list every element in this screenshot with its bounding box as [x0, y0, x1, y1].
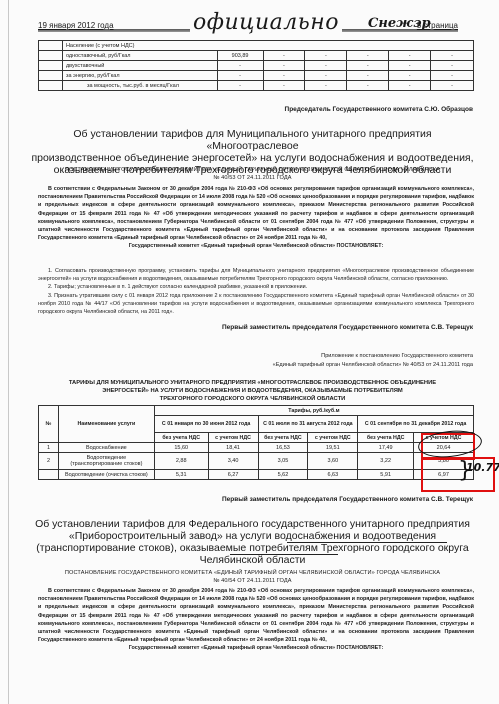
issue-date: 19 января 2012 года: [38, 21, 114, 30]
table-row: Водоотведение (очистка стоков) 5,31 6,27…: [39, 470, 474, 480]
appendix-table-title: ТАРИФЫ ДЛЯ МУНИЦИПАЛЬНОГО УНИТАРНОГО ПРЕ…: [30, 379, 475, 403]
article1-items: 1. Согласовать производственную программ…: [38, 267, 474, 316]
period-header: С 01 января по 30 июня 2012 года: [154, 416, 258, 433]
article2-resolves: Государственный комитет «Единый тарифный…: [38, 644, 474, 652]
pen-underline: [287, 542, 447, 543]
brace-icon: }: [458, 458, 472, 484]
table-row: 2 Водоотведение (транспортирование стоко…: [39, 453, 474, 470]
table-row: за энергию, руб/Гкал - - - - - -: [39, 71, 474, 81]
table-row: за мощность, тыс.руб. в месяц/Гкал - - -…: [39, 81, 474, 91]
masthead: 19 января 2012 года официально Снежэр 5 …: [38, 12, 458, 34]
section-title: официально: [190, 12, 342, 34]
table-row: 1 Водоснабжение 15,60 18,41 16,53 19,51 …: [39, 443, 474, 453]
appendix-note: Приложение к постановлению Государственн…: [273, 352, 473, 369]
row-label: за мощность, тыс.руб. в месяц/Гкал: [62, 81, 217, 91]
scan-edge: [8, 0, 9, 704]
row-label: одноставочный, руб/Гкал: [62, 51, 217, 61]
article2-subtitle: ПОСТАНОВЛЕНИЕ ГОСУДАРСТВЕННОГО КОМИТЕТА …: [30, 569, 475, 585]
signature-deputy: Первый заместитель председателя Государс…: [222, 324, 473, 331]
row-label: двухставочный: [62, 61, 217, 71]
row-label: Население (с учетом НДС): [62, 41, 473, 51]
heat-tariff-table: Население (с учетом НДС) одноставочный, …: [38, 40, 474, 91]
table-row: одноставочный, руб/Гкал 903,89 - - - - -: [39, 51, 474, 61]
col-header-tariffs: Тарифы, руб./куб.м: [154, 406, 473, 416]
period-header: С 01 июля по 31 августа 2012 года: [258, 416, 358, 433]
article1-subtitle: ПОСТАНОВЛЕНИЕ ГОСУДАРСТВЕННОГО КОМИТЕТА …: [30, 166, 475, 182]
water-tariff-table: № Наименование услуги Тарифы, руб./куб.м…: [38, 405, 474, 480]
pen-underline: [230, 554, 338, 555]
col-header-service: Наименование услуги: [58, 406, 154, 443]
newspaper-page: 19 января 2012 года официально Снежэр 5 …: [0, 0, 499, 704]
signature-chairman: Председатель Государственного комитета С…: [285, 106, 473, 113]
col-header-no: №: [39, 406, 59, 443]
page-number: 5 страница: [417, 21, 458, 30]
article1-preamble: В соответствии с Федеральным Законом от …: [38, 185, 474, 251]
signature-deputy-2: Первый заместитель председателя Государс…: [222, 496, 473, 503]
table-row: Население (с учетом НДС): [39, 41, 474, 51]
table-row: двухставочный - - - - - -: [39, 61, 474, 71]
row-label: за энергию, руб/Гкал: [62, 71, 217, 81]
article2-preamble: В соответствии с Федеральным Законом от …: [38, 587, 474, 653]
article1-resolves: Государственный комитет «Единый тарифный…: [38, 242, 474, 250]
